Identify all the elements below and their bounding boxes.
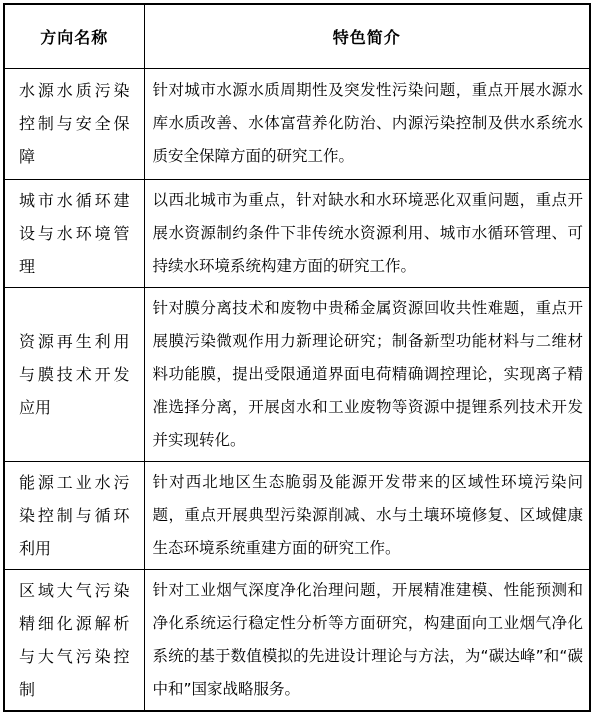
direction-description: 针对城市水源水质周期性及突发性污染问题，重点开展水源水库水质改善、水体富营养化防… — [144, 68, 590, 179]
column-header-feature-intro: 特色简介 — [144, 4, 590, 68]
direction-name: 能源工业水污染控制与循环利用 — [4, 461, 144, 569]
direction-name: 水源水质污染控制与安全保障 — [4, 68, 144, 179]
table-row: 水源水质污染控制与安全保障 针对城市水源水质周期性及突发性污染问题，重点开展水源… — [4, 68, 590, 179]
direction-description: 针对膜分离技术和废物中贵稀金属资源回收共性难题，重点开展膜污染微观作用力新理论研… — [144, 287, 590, 461]
direction-description: 针对工业烟气深度净化治理问题，开展精准建模、性能预测和净化系统运行稳定性分析等方… — [144, 569, 590, 711]
table-row: 区域大气污染精细化源解析与大气污染控制 针对工业烟气深度净化治理问题，开展精准建… — [4, 569, 590, 711]
table-header-row: 方向名称 特色简介 — [4, 4, 590, 68]
research-directions-table: 方向名称 特色简介 水源水质污染控制与安全保障 针对城市水源水质周期性及突发性污… — [3, 3, 591, 712]
direction-name: 区域大气污染精细化源解析与大气污染控制 — [4, 569, 144, 711]
table-row: 资源再生利用与膜技术开发应用 针对膜分离技术和废物中贵稀金属资源回收共性难题，重… — [4, 287, 590, 461]
direction-name: 资源再生利用与膜技术开发应用 — [4, 287, 144, 461]
table-row: 城市水循环建设与水环境管理 以西北城市为重点，针对缺水和水环境恶化双重问题，重点… — [4, 179, 590, 287]
direction-description: 针对西北地区生态脆弱及能源开发带来的区域性环境污染问题，重点开展典型污染源削减、… — [144, 461, 590, 569]
direction-name: 城市水循环建设与水环境管理 — [4, 179, 144, 287]
table-row: 能源工业水污染控制与循环利用 针对西北地区生态脆弱及能源开发带来的区域性环境污染… — [4, 461, 590, 569]
direction-description: 以西北城市为重点，针对缺水和水环境恶化双重问题，重点开展水资源制约条件下非传统水… — [144, 179, 590, 287]
column-header-direction-name: 方向名称 — [4, 4, 144, 68]
